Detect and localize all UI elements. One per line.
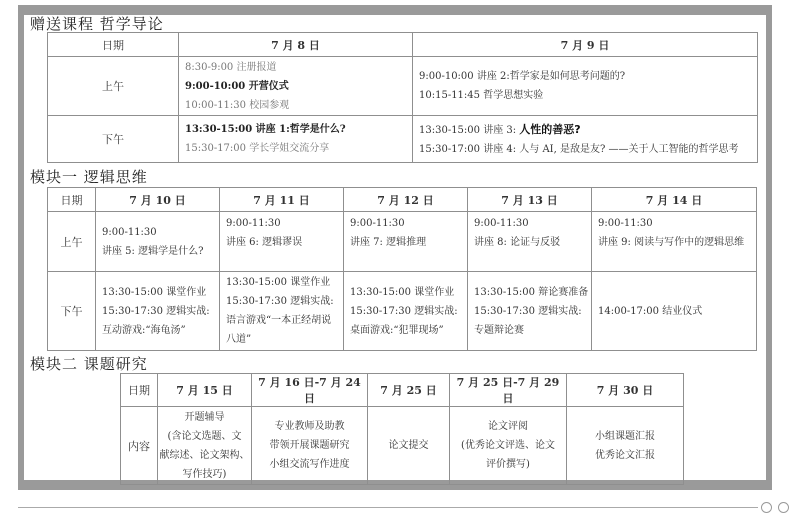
schedule-item: 15:30-17:00 讲座 4: 人与 AI, 是敌是友? ——关于人工智能的… [419,140,751,159]
schedule-cell: 13:30-15:00 课堂作业 15:30-17:30 逻辑实战: 互动游戏:… [96,272,220,351]
schedule-item: 9:00-11:30 [102,223,213,242]
content-item: (含论文选题、文 [158,427,251,446]
schedule-item: 15:30-17:00 学长学姐交流分享 [185,139,406,158]
day-header: 7 月 11 日 [220,188,344,212]
schedule-cell: 9:00-10:00 讲座 2:哲学家是如何思考问题的? 10:15-11:45… [413,57,758,116]
day-header: 7 月 30 日 [567,374,684,407]
intro-am-row: 上午 8:30-9:00 注册报道 9:00-10:00 开营仪式 10:00-… [48,57,758,116]
module1-section-title: 模块一 逻辑思维 [30,166,148,187]
pager-dot-icon[interactable] [778,502,789,513]
schedule-item: 讲座 8: 论证与反驳 [474,233,585,252]
schedule-item: 13:30-15:00 课堂作业 [226,273,337,292]
schedule-cell: 13:30-15:00 讲座 1:哲学是什么? 15:30-17:00 学长学姐… [179,116,413,163]
intro-pm-row: 下午 13:30-15:00 讲座 1:哲学是什么? 15:30-17:00 学… [48,116,758,163]
schedule-item: 9:00-11:30 [598,214,750,233]
content-item: 优秀论文汇报 [567,446,683,465]
footer-divider [18,507,758,508]
schedule-item: 10:15-11:45 哲学思想实验 [419,86,751,105]
schedule-item: 8:30-9:00 注册报道 [185,58,406,77]
intro-schedule-table: 日期 7 月 8 日 7 月 9 日 上午 8:30-9:00 注册报道 9:0… [47,32,758,163]
schedule-item: 15:30-17:30 逻辑实战: [350,302,461,321]
schedule-cell: 13:30-15:00 讲座 3: 人性的善恶? 15:30-17:00 讲座 … [413,116,758,163]
content-item: 开题辅导 [158,408,251,427]
pm-label: 下午 [48,116,179,163]
content-item: 献综述、论文架构、 [158,446,251,465]
schedule-cell: 13:30-15:00 辩论赛准备 15:30-17:30 逻辑实战: 专题辩论… [468,272,592,351]
schedule-item: 13:30-15:00 讲座 1:哲学是什么? [185,120,406,139]
am-label: 上午 [48,212,96,272]
date-header: 日期 [121,374,158,407]
content-item: 评价撰写) [450,455,566,474]
schedule-cell: 8:30-9:00 注册报道 9:00-10:00 开营仪式 10:00-11:… [179,57,413,116]
date-header: 日期 [48,33,179,57]
schedule-item: 语言游戏“一本正经胡说 [226,311,337,330]
intro-header-row: 日期 7 月 8 日 7 月 9 日 [48,33,758,57]
content-item: (优秀论文评选、论文 [450,436,566,455]
schedule-item: 讲座 9: 阅读与写作中的逻辑思维 [598,233,750,252]
schedule-item: 14:00-17:00 结业仪式 [598,302,750,321]
day-header: 7 月 14 日 [592,188,757,212]
schedule-item: 13:30-15:00 课堂作业 [102,283,213,302]
schedule-cell: 9:00-11:30 讲座 7: 逻辑推理 [344,212,468,272]
content-item: 小组课题汇报 [567,427,683,446]
content-cell: 开题辅导 (含论文选题、文 献综述、论文架构、 写作技巧) [158,407,252,485]
schedule-item: 互动游戏:“海龟汤” [102,321,213,340]
content-cell: 专业教师及助教 带领开展课题研究 小组交流写作进度 [252,407,368,485]
day-header: 7 月 25 日 [368,374,450,407]
day-header: 7 月 10 日 [96,188,220,212]
schedule-cell: 9:00-11:30 讲座 8: 论证与反驳 [468,212,592,272]
schedule-cell: 9:00-11:30 讲座 6: 逻辑谬误 [220,212,344,272]
schedule-item: 9:00-10:00 讲座 2:哲学家是如何思考问题的? [419,67,751,86]
schedule-item: 八道” [226,330,337,349]
module2-content-row: 内容 开题辅导 (含论文选题、文 献综述、论文架构、 写作技巧) 专业教师及助教… [121,407,684,485]
day-header: 7 月 15 日 [158,374,252,407]
schedule-item: 13:30-15:00 讲座 3: 人性的善恶? [419,120,751,140]
schedule-item: 15:30-17:30 逻辑实战: [226,292,337,311]
content-cell: 小组课题汇报 优秀论文汇报 [567,407,684,485]
schedule-cell: 13:30-15:00 课堂作业 15:30-17:30 逻辑实战: 语言游戏“… [220,272,344,351]
content-label: 内容 [121,407,158,485]
day-header: 7 月 25 日-7 月 29 日 [450,374,567,407]
schedule-item: 讲座 6: 逻辑谬误 [226,233,337,252]
day-header: 7 月 13 日 [468,188,592,212]
schedule-item: 讲座 7: 逻辑推理 [350,233,461,252]
day-header: 7 月 16 日-7 月 24 日 [252,374,368,407]
schedule-item: 13:30-15:00 辩论赛准备 [474,283,585,302]
module1-header-row: 日期 7 月 10 日 7 月 11 日 7 月 12 日 7 月 13 日 7… [48,188,757,212]
content-cell: 论文评阅 (优秀论文评选、论文 评价撰写) [450,407,567,485]
schedule-item: 9:00-10:00 开营仪式 [185,77,406,96]
schedule-item: 讲座 5: 逻辑学是什么? [102,242,213,261]
schedule-item: 15:30-17:30 逻辑实战: [102,302,213,321]
content-item: 小组交流写作进度 [252,455,367,474]
content-item: 专业教师及助教 [252,417,367,436]
schedule-item: 专题辩论赛 [474,321,585,340]
content-cell: 论文提交 [368,407,450,485]
content-item: 论文提交 [368,436,449,455]
am-label: 上午 [48,57,179,116]
pager-dot-icon[interactable] [761,502,772,513]
schedule-cell: 14:00-17:00 结业仪式 [592,272,757,351]
day-header: 7 月 8 日 [179,33,413,57]
module1-schedule-table: 日期 7 月 10 日 7 月 11 日 7 月 12 日 7 月 13 日 7… [47,187,757,351]
intro-section-title: 赠送课程 哲学导论 [30,13,164,34]
schedule-item: 9:00-11:30 [226,214,337,233]
schedule-item: 9:00-11:30 [350,214,461,233]
pm-label: 下午 [48,272,96,351]
schedule-cell: 9:00-11:30 讲座 9: 阅读与写作中的逻辑思维 [592,212,757,272]
module2-header-row: 日期 7 月 15 日 7 月 16 日-7 月 24 日 7 月 25 日 7… [121,374,684,407]
schedule-item-prefix: 13:30-15:00 讲座 3: [419,125,519,136]
content-item: 带领开展课题研究 [252,436,367,455]
content-item: 论文评阅 [450,417,566,436]
schedule-cell: 13:30-15:00 课堂作业 15:30-17:30 逻辑实战: 桌面游戏:… [344,272,468,351]
emphasized-topic: 人性的善恶? [519,123,580,136]
module2-schedule-table: 日期 7 月 15 日 7 月 16 日-7 月 24 日 7 月 25 日 7… [120,373,684,485]
schedule-item: 10:00-11:30 校园参观 [185,96,406,115]
schedule-item: 13:30-15:00 课堂作业 [350,283,461,302]
schedule-item: 9:00-11:30 [474,214,585,233]
schedule-item: 15:30-17:30 逻辑实战: [474,302,585,321]
schedule-item: 桌面游戏:“犯罪现场” [350,321,461,340]
schedule-cell: 9:00-11:30 讲座 5: 逻辑学是什么? [96,212,220,272]
module2-section-title: 模块二 课题研究 [30,353,148,374]
day-header: 7 月 9 日 [413,33,758,57]
module1-am-row: 上午 9:00-11:30 讲座 5: 逻辑学是什么? 9:00-11:30 讲… [48,212,757,272]
date-header: 日期 [48,188,96,212]
day-header: 7 月 12 日 [344,188,468,212]
module1-pm-row: 下午 13:30-15:00 课堂作业 15:30-17:30 逻辑实战: 互动… [48,272,757,351]
content-item: 写作技巧) [158,465,251,484]
